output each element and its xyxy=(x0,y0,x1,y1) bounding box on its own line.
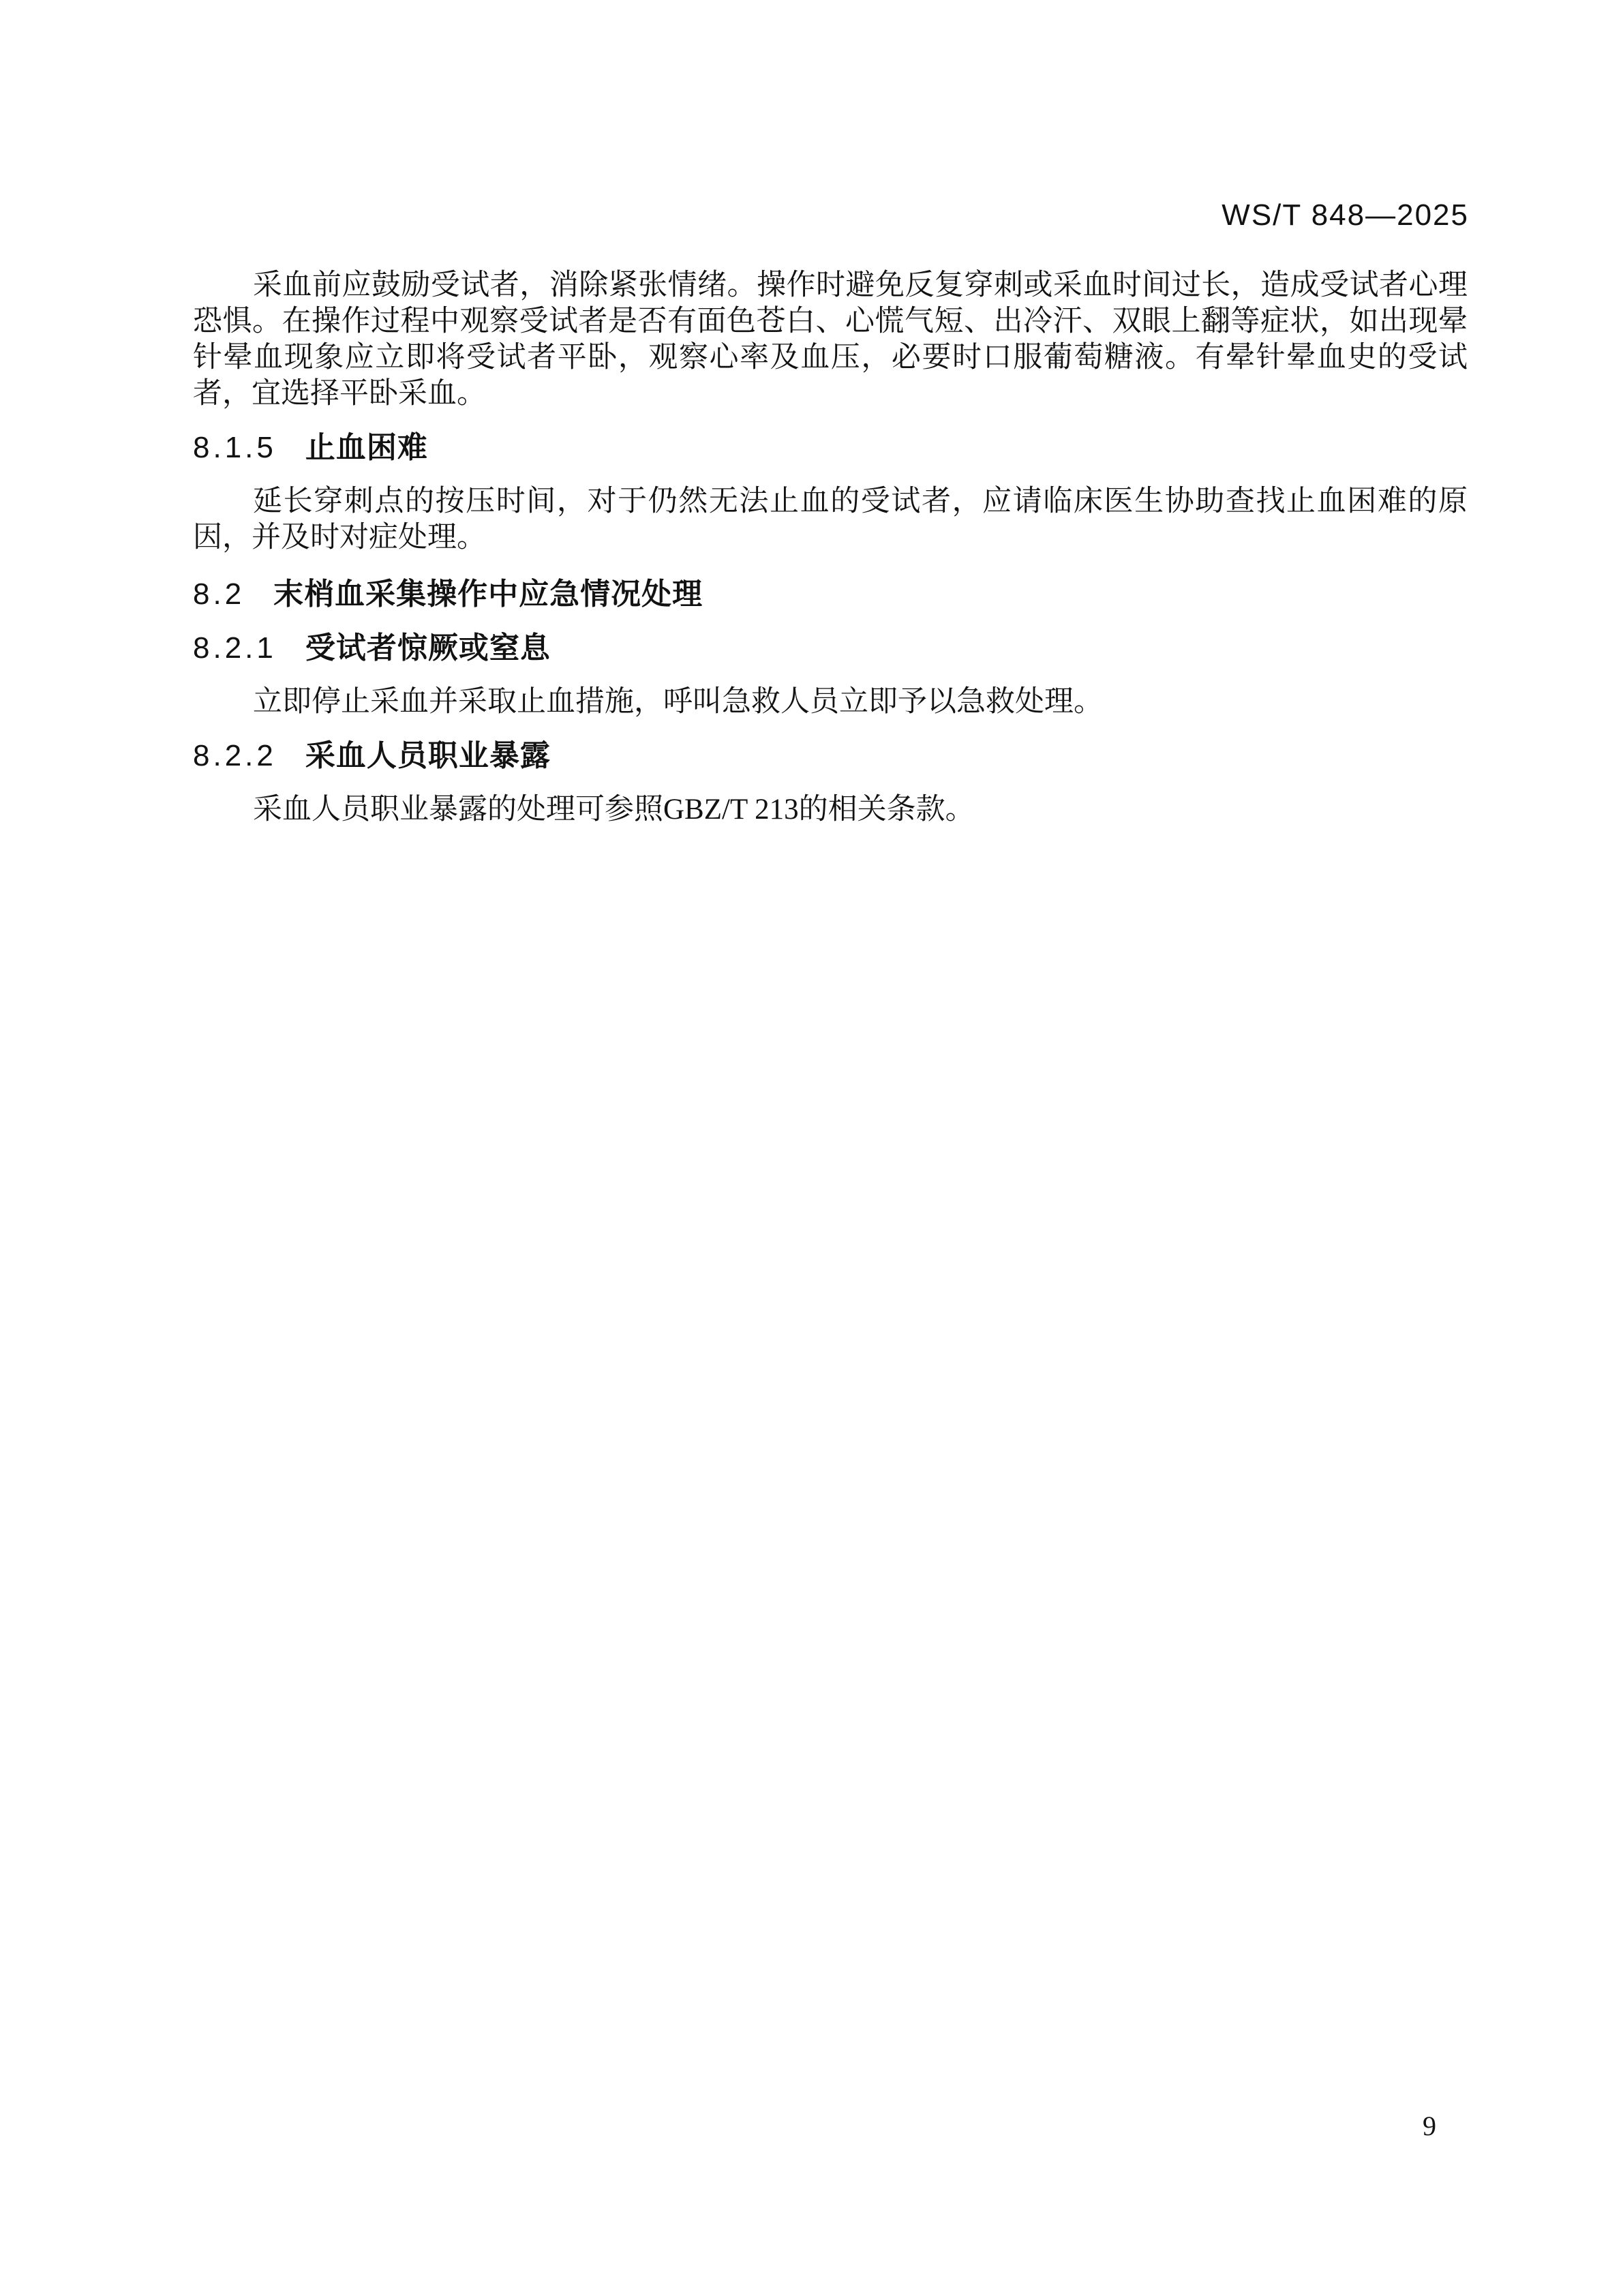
clause-title: 受试者惊厥或窒息 xyxy=(305,631,551,665)
clause-number: 8.2 xyxy=(193,577,245,611)
clause-number: 8.1.5 xyxy=(193,431,277,464)
clause-number: 8.2.2 xyxy=(193,739,277,772)
clause-heading-8-2: 8.2末梢血采集操作中应急情况处理 xyxy=(193,576,1468,612)
clause-heading-8-2-2: 8.2.2采血人员职业暴露 xyxy=(193,738,1468,774)
paragraph-hemostasis-difficulty: 延长穿刺点的按压时间，对于仍然无法止血的受试者，应请临床医生协助查找止血困难的原… xyxy=(193,483,1468,556)
clause-title: 止血困难 xyxy=(305,431,428,464)
clause-title: 采血人员职业暴露 xyxy=(305,739,551,772)
clause-heading-8-2-1: 8.2.1受试者惊厥或窒息 xyxy=(193,630,1468,666)
clause-number: 8.2.1 xyxy=(193,631,277,665)
paragraph-occupational-exposure: 采血人员职业暴露的处理可参照GBZ/T 213的相关条款。 xyxy=(193,791,1468,828)
clause-heading-8-1-5: 8.1.5止血困难 xyxy=(193,429,1468,466)
page-number: 9 xyxy=(193,2108,1436,2144)
paragraph-fainting-prevention: 采血前应鼓励受试者，消除紧张情绪。操作时避免反复穿刺或采血时间过长，造成受试者心… xyxy=(193,267,1468,412)
document-body: 采血前应鼓励受试者，消除紧张情绪。操作时避免反复穿刺或采血时间过长，造成受试者心… xyxy=(193,267,1468,828)
clause-title: 末梢血采集操作中应急情况处理 xyxy=(273,577,703,611)
standard-code-header: WS/T 848—2025 xyxy=(193,200,1469,230)
document-page: WS/T 848—2025 采血前应鼓励受试者，消除紧张情绪。操作时避免反复穿刺… xyxy=(0,0,1623,2296)
paragraph-convulsion-response: 立即停止采血并采取止血措施，呼叫急救人员立即予以急救处理。 xyxy=(193,684,1468,720)
